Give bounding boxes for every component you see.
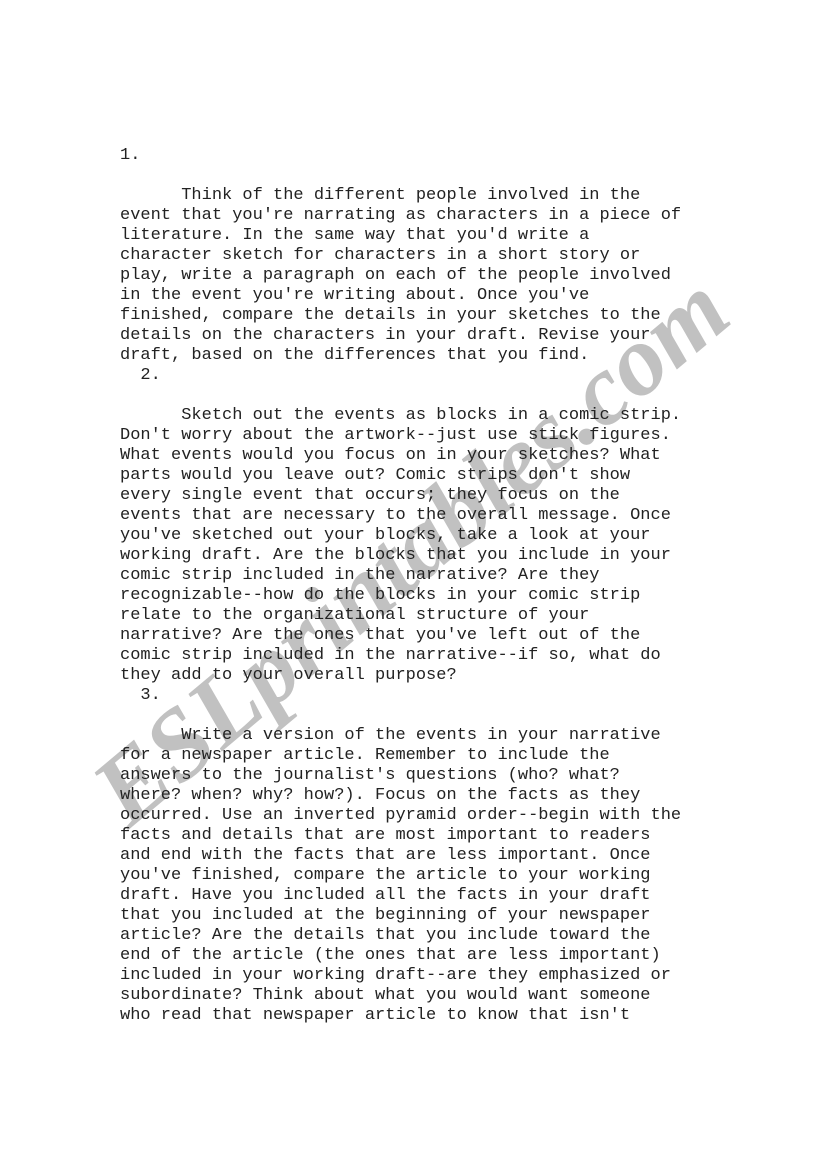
item-paragraph: Think of the different people involved i… [120,186,681,366]
item-number: 1. [120,146,681,166]
list-item: 1. Think of the different people involve… [120,146,681,366]
item-number: 2. [120,366,681,386]
worksheet-page: ESLprintables.com 1. Think of the differ… [0,0,821,1169]
item-number: 3. [120,686,681,706]
list-item: 2. Sketch out the events as blocks in a … [120,366,681,686]
item-paragraph: Write a version of the events in your na… [120,726,681,1026]
item-paragraph: Sketch out the events as blocks in a com… [120,406,681,686]
document-body: 1. Think of the different people involve… [120,146,681,1026]
list-item: 3. Write a version of the events in your… [120,686,681,1026]
